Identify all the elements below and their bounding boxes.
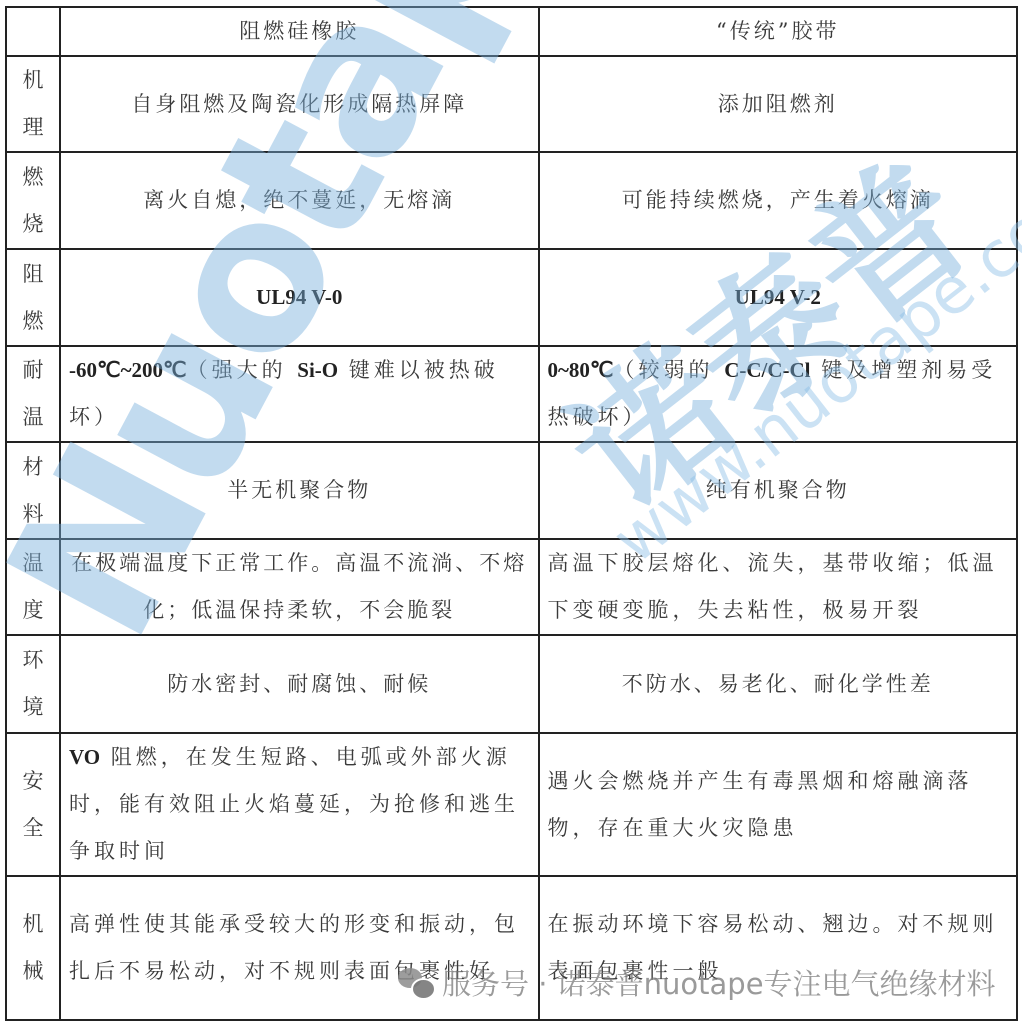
silicone-cell: UL94 V-0	[60, 249, 539, 346]
traditional-cell: 0~80℃（较弱的 C-C/C-Cl 键及增塑剂易受热破坏）	[539, 346, 1018, 442]
traditional-cell: 遇火会燃烧并产生有毒黑烟和熔融滴落物，存在重大火灾隐患	[539, 733, 1018, 876]
category-char: 燃	[11, 298, 55, 345]
text-part: （较弱的	[614, 358, 725, 382]
comparison-table-container: 阻燃硅橡胶 “传统”胶带 机理 自身阻燃及陶瓷化形成隔热屏障 添加阻燃剂 燃烧 …	[5, 6, 1018, 1021]
category-char: 温	[11, 540, 55, 587]
category-char: 机	[11, 901, 55, 948]
table-row-mechanical: 机械 高弹性使其能承受较大的形变和振动，包扎后不易松动，对不规则表面包裹性好 在…	[6, 876, 1017, 1020]
category-char: 烧	[11, 201, 55, 248]
comparison-table: 阻燃硅橡胶 “传统”胶带 机理 自身阻燃及陶瓷化形成隔热屏障 添加阻燃剂 燃烧 …	[5, 6, 1018, 1021]
table-row-mechanism: 机理 自身阻燃及陶瓷化形成隔热屏障 添加阻燃剂	[6, 56, 1017, 152]
table-header-row: 阻燃硅橡胶 “传统”胶带	[6, 7, 1017, 56]
category-char: 理	[11, 104, 55, 151]
table-row-safety: 安全 VO 阻燃，在发生短路、电弧或外部火源时，能有效阻止火焰蔓延，为抢修和逃生…	[6, 733, 1017, 876]
category-char: 料	[11, 491, 55, 538]
row-category: 材料	[6, 442, 60, 539]
header-traditional: “传统”胶带	[539, 7, 1018, 56]
category-char: 阻	[11, 251, 55, 298]
silicone-cell: 半无机聚合物	[60, 442, 539, 539]
row-category: 机械	[6, 876, 60, 1020]
traditional-cell: 纯有机聚合物	[539, 442, 1018, 539]
row-category: 环境	[6, 635, 60, 733]
temp-range: -60℃~200℃	[69, 358, 187, 382]
table-row-material: 材料 半无机聚合物 纯有机聚合物	[6, 442, 1017, 539]
category-char: 械	[11, 948, 55, 995]
traditional-cell: 可能持续燃烧，产生着火熔滴	[539, 152, 1018, 249]
table-row-environment: 环境 防水密封、耐腐蚀、耐候 不防水、易老化、耐化学性差	[6, 635, 1017, 733]
traditional-cell: 添加阻燃剂	[539, 56, 1018, 152]
silicone-cell: VO 阻燃，在发生短路、电弧或外部火源时，能有效阻止火焰蔓延，为抢修和逃生争取时…	[60, 733, 539, 876]
silicone-cell: 防水密封、耐腐蚀、耐候	[60, 635, 539, 733]
traditional-cell: UL94 V-2	[539, 249, 1018, 346]
silicone-cell: 在极端温度下正常工作。高温不流淌、不熔化；低温保持柔软，不会脆裂	[60, 539, 539, 635]
row-category: 燃烧	[6, 152, 60, 249]
row-category: 温度	[6, 539, 60, 635]
category-char: 机	[11, 57, 55, 104]
silicone-cell: -60℃~200℃（强大的 Si-O 键难以被热破坏）	[60, 346, 539, 442]
table-row-combustion: 燃烧 离火自熄，绝不蔓延，无熔滴 可能持续燃烧，产生着火熔滴	[6, 152, 1017, 249]
header-empty-cell	[6, 7, 60, 56]
row-category: 安全	[6, 733, 60, 876]
bond-label: C-C/C-Cl	[724, 358, 810, 382]
category-char: 安	[11, 758, 55, 805]
temp-range: 0~80℃	[548, 358, 614, 382]
text-part: 阻燃，在发生短路、电弧或外部火源时，能有效阻止火焰蔓延，为抢修和逃生争取时间	[69, 745, 519, 863]
category-char: 环	[11, 637, 55, 684]
traditional-cell: 高温下胶层熔化、流失，基带收缩；低温下变硬变脆，失去粘性，极易开裂	[539, 539, 1018, 635]
traditional-cell: 在振动环境下容易松动、翘边。对不规则表面包裹性一般	[539, 876, 1018, 1020]
category-char: 耐	[11, 347, 55, 394]
category-char: 材	[11, 444, 55, 491]
row-category: 阻燃	[6, 249, 60, 346]
traditional-cell: 不防水、易老化、耐化学性差	[539, 635, 1018, 733]
category-char: 全	[11, 805, 55, 852]
silicone-cell: 高弹性使其能承受较大的形变和振动，包扎后不易松动，对不规则表面包裹性好	[60, 876, 539, 1020]
table-row-temperature-resistance: 耐温 -60℃~200℃（强大的 Si-O 键难以被热破坏） 0~80℃（较弱的…	[6, 346, 1017, 442]
row-category: 机理	[6, 56, 60, 152]
category-char: 度	[11, 587, 55, 634]
rating-label: VO	[69, 745, 100, 769]
text-part: （强大的	[187, 358, 298, 382]
category-char: 境	[11, 684, 55, 731]
table-row-flame-rating: 阻燃 UL94 V-0 UL94 V-2	[6, 249, 1017, 346]
silicone-cell: 离火自熄，绝不蔓延，无熔滴	[60, 152, 539, 249]
bond-label: Si-O	[297, 358, 338, 382]
silicone-cell: 自身阻燃及陶瓷化形成隔热屏障	[60, 56, 539, 152]
category-char: 温	[11, 394, 55, 441]
category-char: 燃	[11, 154, 55, 201]
row-category: 耐温	[6, 346, 60, 442]
header-silicone: 阻燃硅橡胶	[60, 7, 539, 56]
table-row-temperature: 温度 在极端温度下正常工作。高温不流淌、不熔化；低温保持柔软，不会脆裂 高温下胶…	[6, 539, 1017, 635]
